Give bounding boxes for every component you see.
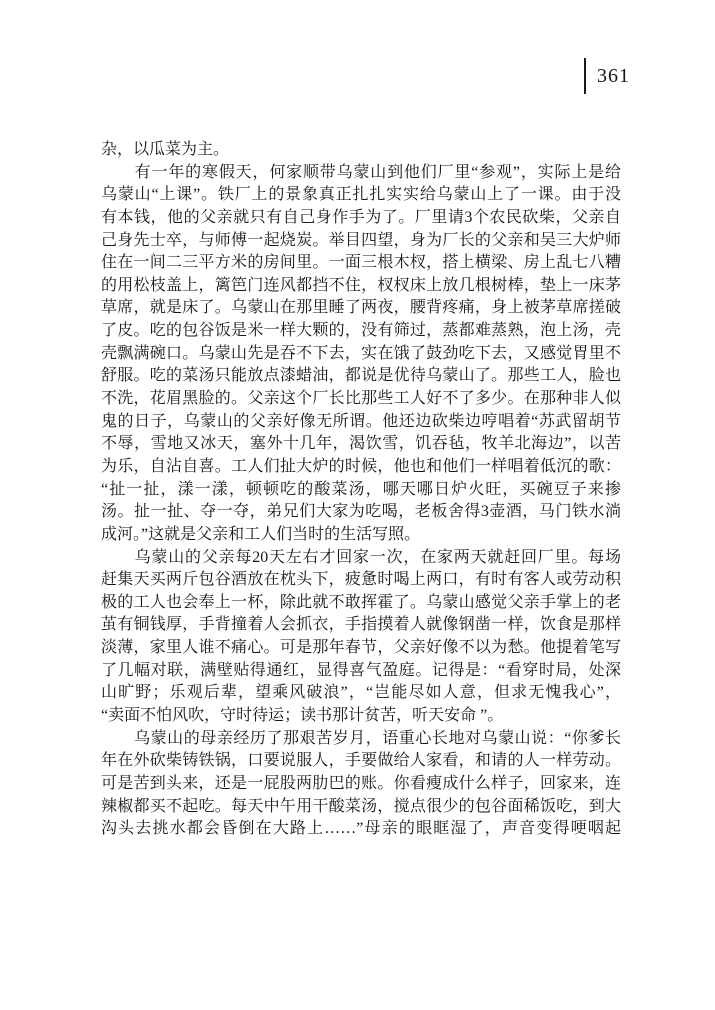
text-line: 的用松枝盖上，篱笆门连风都挡不住，杈杈床上放几根树棒，垫上一床茅 [101,275,621,298]
text-line: 有本钱，他的父亲就只有自己身作手为了。厂里请3个农民砍柴，父亲自 [101,207,621,230]
text-line: 住在一间二三平方米的房间里。一面三根木杈，搭上横梁、房上乱七八糟 [101,252,621,275]
text-line: 乌蒙山的母亲经历了那艰苦岁月，语重心长地对乌蒙山说：“你爹长 [101,728,621,751]
book-page: 361 杂，以瓜菜为主。 有一年的寒假天，何家顺带乌蒙山到他们厂里“参观”，实际… [0,0,715,1010]
text-line: 汤。扯一扯、夺一夺，弟兄们大家为吃喝，老板舍得3壶酒，马门铁水淌 [101,501,621,524]
text-line: 草席，就是床了。乌蒙山在那里睡了两夜，腰背疼痛，身上被茅草席搓破 [101,297,621,320]
text-line: 赶集天买两斤包谷酒放在枕头下，疲惫时喝上两口，有时有客人或劳动积 [101,569,621,592]
text-line: 了几幅对联，满壁贴得通红，显得喜气盈庭。记得是：“看穿时局，处深 [101,660,621,683]
text-line: 辣椒都买不起吃。每天中午用干酸菜汤，搅点很少的包谷面稀饭吃，到大 [101,796,621,819]
page-number-block: 361 [584,58,630,94]
text-line: 成河。”这就是父亲和工人们当时的生活写照。 [101,524,621,547]
text-line: 乌蒙山“上课”。铁厂上的景象真正扎扎实实给乌蒙山上了一课。由于没 [101,184,621,207]
text-line: 乌蒙山的父亲每20天左右才回家一次，在家两天就赶回厂里。每场 [101,547,621,570]
text-line: 山旷野；乐观后辈，望乘风破浪”，“岂能尽如人意，但求无愧我心”， [101,682,621,705]
text-line: “扯一扯，漾一漾，顿顿吃的酸菜汤，哪天哪日炉火旺，买碗豆子来掺 [101,479,621,502]
text-line: 有一年的寒假天，何家顺带乌蒙山到他们厂里“参观”，实际上是给 [101,162,621,185]
text-line: 壳飘满碗口。乌蒙山先是吞不下去，实在饿了鼓劲吃下去，又感觉胃里不 [101,343,621,366]
text-line: 鬼的日子，乌蒙山的父亲好像无所谓。他还边砍柴边哼唱着“苏武留胡节 [101,411,621,434]
text-line: 极的工人也会奉上一杯，除此就不敢挥霍了。乌蒙山感觉父亲手掌上的老 [101,592,621,615]
text-line: 为乐，自沾自喜。工人们扯大炉的时候，他也和他们一样唱着低沉的歌： [101,456,621,479]
text-line: 杂，以瓜菜为主。 [101,139,621,162]
text-line: 沟头去挑水都会昏倒在大路上……”母亲的眼眶湿了，声音变得哽咽起 [101,818,621,841]
text-line: 茧有铜钱厚，手背撞着人会抓衣，手指摸着人就像钢凿一样，饮食是那样 [101,614,621,637]
body-text: 杂，以瓜菜为主。 有一年的寒假天，何家顺带乌蒙山到他们厂里“参观”，实际上是给乌… [101,139,621,841]
text-line: “卖面不怕风吹，守时待运；读书那计贫苦，听天安命 ”。 [101,705,621,728]
text-line: 己身先士卒，与师傅一起烧炭。举目四望，身为厂长的父亲和吴三大炉师 [101,230,621,253]
page-number-rule [584,58,586,94]
text-line: 年在外砍柴铸铁锅，口要说服人，手要做给人家看，和请的人一样劳动。 [101,750,621,773]
page-number: 361 [597,65,630,88]
text-line: 不洗，花眉黑脸的。父亲这个厂长比那些工人好不了多少。在那种非人似 [101,388,621,411]
text-line: 可是苦到头来，还是一屁股两肋巴的账。你看瘦成什么样子，回家来，连 [101,773,621,796]
text-line: 淡薄，家里人谁不痛心。可是那年春节，父亲好像不以为愁。他提着笔写 [101,637,621,660]
text-line: 不辱，雪地又冰天，塞外十几年，渴饮雪，饥吞毡，牧羊北海边”，以苦 [101,433,621,456]
text-line: 舒服。吃的菜汤只能放点漆蜡油，都说是优待乌蒙山了。那些工人，脸也 [101,365,621,388]
text-line: 了皮。吃的包谷饭是米一样大颗的，没有筛过，蒸都难蒸熟，泡上汤，壳 [101,320,621,343]
